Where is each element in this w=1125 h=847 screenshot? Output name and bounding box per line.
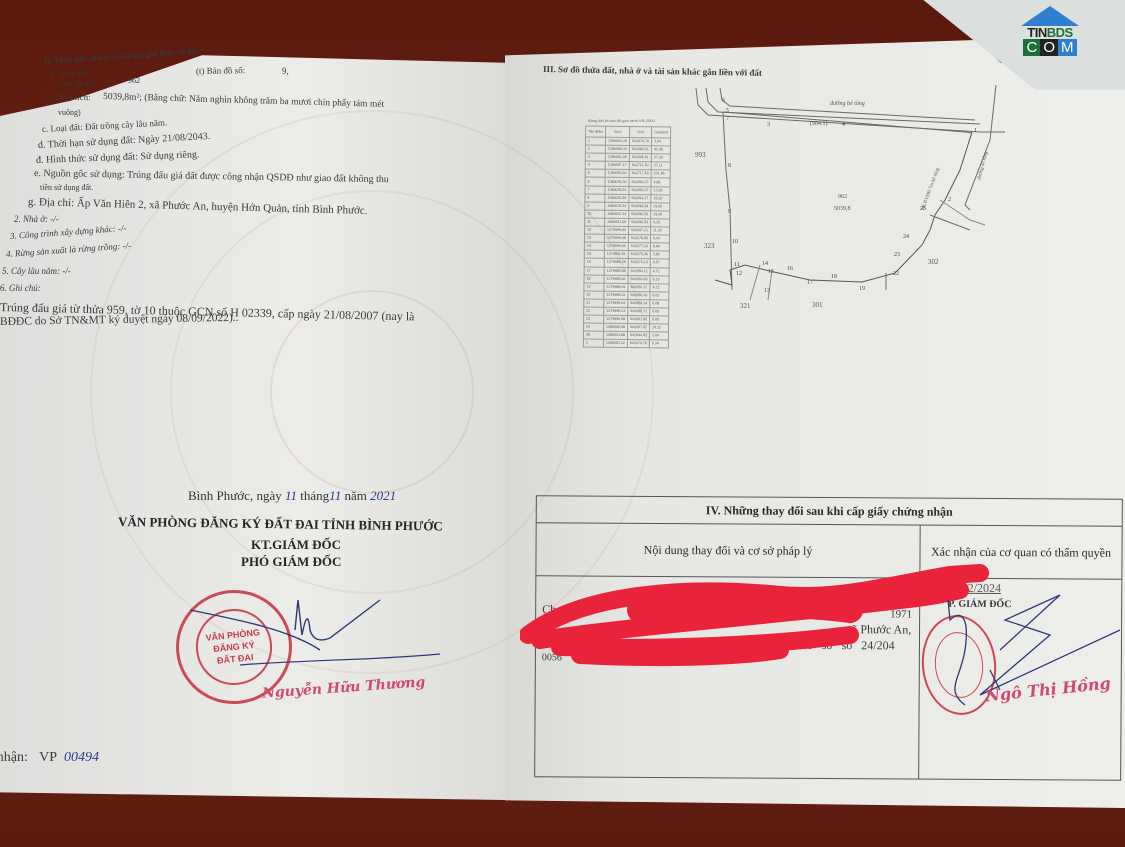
- coord-col-header: X(m): [606, 126, 630, 137]
- map-point-label: 4: [842, 122, 845, 128]
- map-parcel-no: 962: [838, 194, 847, 200]
- map-road-edge: HLBVĐB 7m bê tông: [921, 167, 941, 211]
- neighbor-323: 323: [704, 242, 715, 250]
- notes-label: 6. Ghi chú:: [0, 283, 41, 293]
- map-road-top: đường bê tông: [830, 101, 865, 107]
- area-value-cont: vuông): [58, 108, 81, 117]
- map-point-label: 2: [948, 197, 951, 203]
- map-sheet-value: 9,: [282, 66, 289, 76]
- area-label: b. Diện tích:: [46, 91, 91, 102]
- cert-no-label: Số vào sổ cấp giấy chứng nhận:: [0, 750, 28, 765]
- logo-text-tin: TIN: [1027, 25, 1046, 40]
- coord-col-header: Tên điểm: [586, 126, 606, 137]
- cert-no-prefix: VP: [39, 750, 56, 765]
- map-point-label: 12: [736, 271, 742, 277]
- house-roof-icon: [1021, 6, 1079, 26]
- map-point-label: 25: [920, 206, 926, 212]
- map-point-label: 13: [764, 288, 770, 294]
- map-point-label: 18: [831, 274, 837, 280]
- tinbds-logo: TINBDS C O M: [1021, 6, 1079, 62]
- land-origin-cont: tiền sử dụng đất.: [40, 183, 93, 192]
- coord-table-caption: Bảng liệt kê tọa độ góc ranh VN-2000: [588, 118, 655, 123]
- map-point-label: 23: [894, 252, 900, 258]
- logo-text-bds: BDS: [1047, 25, 1073, 40]
- logo-letter-m: M: [1058, 39, 1077, 56]
- issue-year: 2021: [370, 488, 396, 503]
- perennial-item: 5. Cây lâu năm: -/-: [2, 266, 71, 276]
- map-point-label: 8: [728, 163, 731, 169]
- house-item: 2. Nhà ở: -/-: [14, 214, 59, 224]
- map-point-label: 10: [732, 239, 738, 245]
- section-ii-title: II. Thửa đất, nhà ở và tài sản gắn liền …: [44, 46, 198, 66]
- cert-no-value: 00494: [64, 750, 99, 765]
- map-corridor-label: (904.1): [810, 120, 828, 127]
- neighbor-302: 302: [928, 258, 939, 266]
- changes-title: IV. Những thay đổi sau khi cấp giấy chứn…: [537, 496, 1122, 527]
- signature-left: [180, 590, 440, 670]
- map-point-label: 6: [722, 98, 725, 104]
- map-point-label: 3: [767, 122, 770, 128]
- month-label: tháng: [300, 488, 329, 503]
- coord-col-header: Y(m): [630, 127, 652, 138]
- map-sheet-label: (t) Bản đồ số:: [196, 65, 245, 76]
- map-point-label: 1: [974, 128, 977, 134]
- map-point-label: 17: [807, 280, 813, 286]
- map-point-label: 14: [762, 261, 768, 267]
- map-point-label: 7: [726, 116, 729, 122]
- kt-director: KT.GIÁM ĐỐC: [251, 537, 341, 553]
- year-label: năm: [344, 488, 366, 503]
- coord-col-header: Cạnh(m): [652, 127, 671, 138]
- map-point-label: 22: [893, 271, 899, 277]
- map-point-label: 15: [768, 269, 774, 275]
- issue-day: 11: [285, 488, 297, 503]
- map-point-label: 11: [734, 262, 740, 268]
- logo-letter-o: O: [1040, 39, 1058, 56]
- place-date-prefix: Bình Phước, ngày: [188, 488, 282, 503]
- issue-month: 11: [329, 488, 341, 503]
- map-point-label: 24: [903, 234, 909, 240]
- parcel-value: 962: [128, 76, 140, 85]
- issue-place-date: Bình Phước, ngày 11 tháng11 năm 2021: [188, 488, 396, 504]
- map-point-label: 19: [859, 286, 865, 292]
- redaction-mark: [520, 555, 990, 675]
- neighbor-993: 993: [695, 151, 706, 159]
- logo-letter-c: C: [1023, 39, 1040, 56]
- neighbor-321: 321: [740, 302, 751, 310]
- map-point-label: 16: [787, 266, 793, 272]
- neighbor-301: 301: [812, 301, 823, 309]
- land-heading: 1. Thửa đất:: [50, 69, 90, 79]
- deputy-director: PHÓ GIÁM ĐỐC: [241, 554, 341, 570]
- coordinate-table: Tên điểmX(m)Y(m)Cạnh(m) 11280064,2954267…: [583, 126, 671, 349]
- map-point-label: 5: [726, 108, 729, 114]
- map-point-label: 9: [728, 209, 731, 215]
- coord-row: 11280063,22542679,760,34: [583, 339, 668, 348]
- parcel-map: đường bê tông (904.1) 962 5039,8 993 323…: [690, 80, 1010, 320]
- map-road-right: đường bê tông: [977, 151, 989, 181]
- map-parcel-area: 5039,8: [834, 206, 851, 212]
- parcel-label: a. Thửa đất số:: [48, 78, 96, 89]
- certificate-number: Số vào sổ cấp giấy chứng nhận: VP 00494: [0, 750, 237, 766]
